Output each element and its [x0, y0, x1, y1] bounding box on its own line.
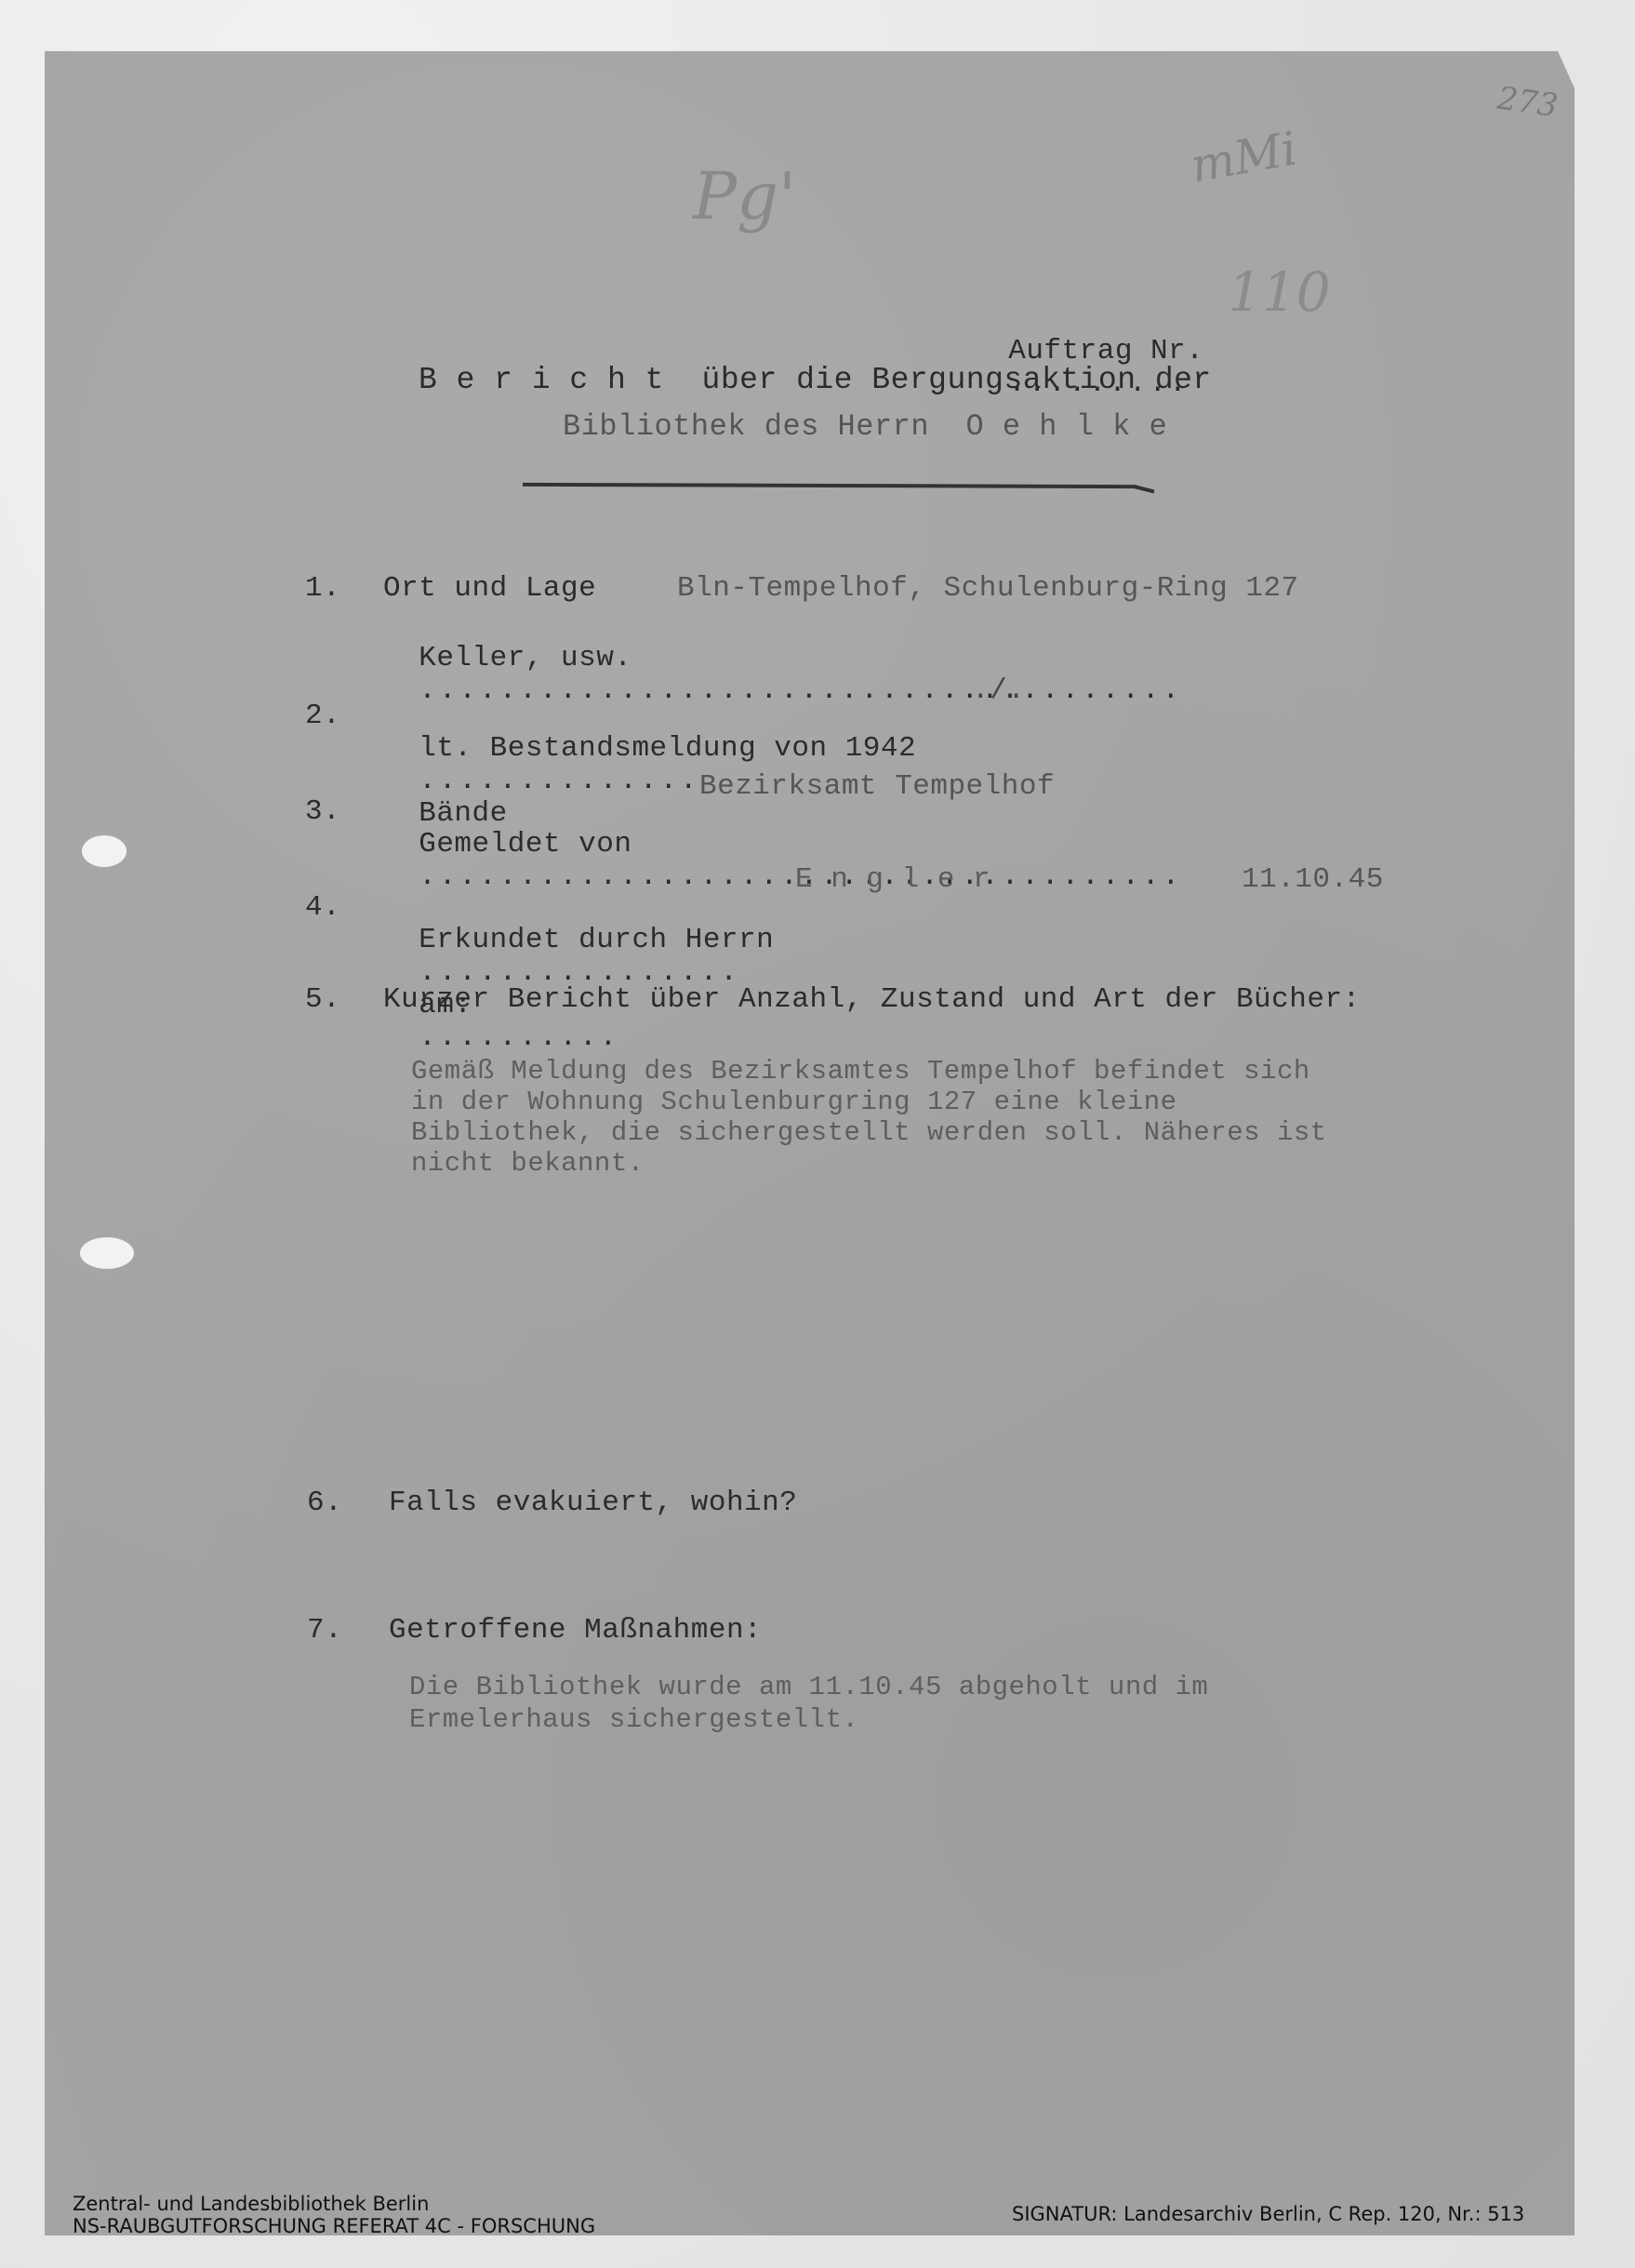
item-4-line: Erkundet durch Herrn ................ am…: [383, 891, 774, 1054]
item-1-value: Bln-Tempelhof, Schulenburg-Ring 127: [677, 572, 1299, 605]
footer-institution: Zentral- und Landesbibliothek Berlin: [73, 2193, 429, 2215]
item-1-number: 1.: [305, 572, 340, 605]
report-title: B e r i c h t über die Bergungsaktion de…: [419, 363, 1212, 397]
item-4-date-dots: ..........: [419, 1021, 619, 1054]
item-5-body-line-2: in der Wohnung Schulenburgring 127 eine …: [411, 1087, 1177, 1117]
item-5-body-line-1: Gemäß Meldung des Bezirksamtes Tempelhof…: [411, 1056, 1310, 1087]
item-4-value: E n g l e r: [795, 863, 990, 896]
item-6-number: 6.: [307, 1487, 342, 1519]
item-5-label: Kurzer Bericht über Anzahl, Zustand und …: [383, 983, 1361, 1016]
item-2-label: lt. Bestandsmeldung von 1942: [419, 732, 916, 765]
item-2-value: ./.: [972, 674, 1025, 707]
item-5-body-line-4: nicht bekannt.: [411, 1148, 645, 1179]
item-5-number: 5.: [305, 983, 340, 1016]
footer-department: NS-RAUBGUTFORSCHUNG REFERAT 4C - FORSCHU…: [73, 2215, 595, 2237]
item-6-label: Falls evakuiert, wohin?: [389, 1487, 797, 1519]
item-2-dots: ..............: [419, 765, 699, 797]
punch-hole-top: [82, 835, 126, 867]
item-1-label-line2: Keller, usw. ...........................…: [383, 609, 1182, 707]
item-7-number: 7.: [307, 1614, 342, 1647]
footer-signature: SIGNATUR: Landesarchiv Berlin, C Rep. 12…: [1012, 2203, 1524, 2225]
item-1-label-sub: Keller, usw.: [419, 642, 631, 674]
item-7-body-line-2: Ermelerhaus sichergestellt.: [409, 1704, 858, 1735]
item-4-number: 4.: [305, 891, 340, 924]
report-subtitle: Bibliothek des Herrn O e h l k e: [563, 409, 1167, 444]
item-4-label: Erkundet durch Herrn: [419, 924, 774, 956]
item-2-number: 2.: [305, 700, 340, 732]
handwritten-order-number: 110: [1228, 260, 1331, 324]
item-4-date-value: 11.10.45: [1242, 863, 1384, 896]
item-3-label: Gemeldet von: [419, 828, 631, 861]
item-7-label: Getroffene Maßnahmen:: [389, 1614, 762, 1647]
item-1-label: Ort und Lage: [383, 572, 596, 605]
item-3-line: Gemeldet von ...........................…: [383, 795, 1182, 893]
item-3-number: 3.: [305, 795, 340, 828]
item-7-body-line-1: Die Bibliothek wurde am 11.10.45 abgehol…: [409, 1672, 1208, 1702]
handwritten-mark: Pg': [693, 158, 796, 234]
item-5-body-line-3: Bibliothek, die sichergestellt werden so…: [411, 1117, 1327, 1148]
punch-hole-bottom: [80, 1237, 134, 1269]
